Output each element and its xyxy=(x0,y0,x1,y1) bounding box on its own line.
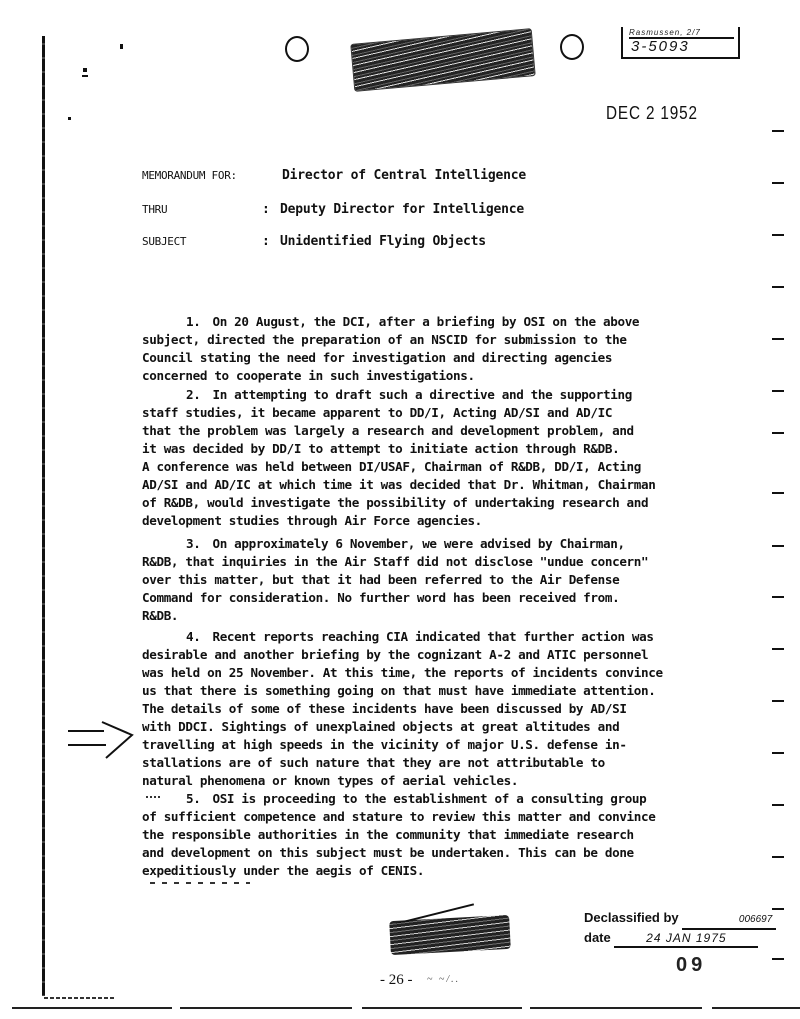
paragraph-line: travelling at high speeds in the vicinit… xyxy=(142,736,752,754)
paragraph-number: 2. xyxy=(186,387,200,402)
margin-tick xyxy=(772,596,784,598)
paragraph-line: expeditiously under the aegis of CENIS. xyxy=(142,862,752,880)
paragraph-number: 4. xyxy=(186,629,200,644)
subject-colon: : xyxy=(262,234,280,250)
redaction-block-top xyxy=(350,28,535,92)
thru-colon: : xyxy=(262,202,280,218)
paragraph-line: On approximately 6 November, we were adv… xyxy=(212,536,624,551)
margin-tick xyxy=(772,182,784,184)
memorandum-for-row: MEMORANDUM FOR:Director of Central Intel… xyxy=(142,168,526,184)
paragraph-line: and development on this subject must be … xyxy=(142,844,752,862)
paragraph-line: staff studies, it became apparent to DD/… xyxy=(142,404,752,422)
paragraph-line: R&DB, that inquiries in the Air Staff di… xyxy=(142,553,752,571)
declassified-date-label: date xyxy=(584,930,611,945)
document-page: Rasmussen, 2/7 3-5093 DEC 2 1952 MEMORAN… xyxy=(0,0,800,1019)
paragraph-line: On 20 August, the DCI, after a briefing … xyxy=(212,314,639,329)
declassification-stamp: Declassified by 006697 date 24 JAN 1975 xyxy=(584,910,776,948)
margin-tick xyxy=(772,432,784,434)
paragraph-line: desirable and another briefing by the co… xyxy=(142,646,752,664)
page-scrawl: ~ ~/.. xyxy=(427,974,460,985)
margin-tick xyxy=(772,752,784,754)
thru-label: THRU xyxy=(142,202,262,218)
declassified-by-label: Declassified by xyxy=(584,910,679,925)
binding-margin-line xyxy=(42,36,45,996)
paragraph-line: In attempting to draft such a directive … xyxy=(212,387,631,402)
thru-row: THRU:Deputy Director for Intelligence xyxy=(142,202,524,218)
paragraph-line: concerned to cooperate in such investiga… xyxy=(142,367,752,385)
declassified-date-value: 24 JAN 1975 xyxy=(614,930,758,948)
paragraph-line: was held on 25 November. At this time, t… xyxy=(142,664,752,682)
paragraph-line: that the problem was largely a research … xyxy=(142,422,752,440)
subject-value: Unidentified Flying Objects xyxy=(280,234,486,249)
margin-tick xyxy=(772,804,784,806)
margin-tick xyxy=(772,648,784,650)
paragraph-2: 2.In attempting to draft such a directiv… xyxy=(142,386,752,530)
paragraph-line: A conference was held between DI/USAF, C… xyxy=(142,458,752,476)
memorandum-for-value: Director of Central Intelligence xyxy=(282,168,526,183)
margin-tick xyxy=(772,338,784,340)
paragraph-line: AD/SI and AD/IC at which time it was dec… xyxy=(142,476,752,494)
paragraph-line: Command for consideration. No further wo… xyxy=(142,589,752,607)
date-stamp: DEC 2 1952 xyxy=(606,103,698,124)
paragraph-line: subject, directed the preparation of an … xyxy=(142,331,752,349)
paragraph-number: 3. xyxy=(186,536,200,551)
margin-tick xyxy=(772,234,784,236)
margin-foot-line xyxy=(44,997,114,999)
scan-speck xyxy=(82,75,88,77)
paragraph-line: Recent reports reaching CIA indicated th… xyxy=(212,629,653,644)
bottom-scan-edge xyxy=(12,1007,800,1009)
paragraph-number: 5. xyxy=(186,791,200,806)
paragraph-line: stallations are of such nature that they… xyxy=(142,754,752,772)
paragraph-line: development studies through Air Force ag… xyxy=(142,512,752,530)
margin-tick xyxy=(772,958,784,960)
paragraph-line: with DDCI. Sightings of unexplained obje… xyxy=(142,718,752,736)
document-number: 3-5093 xyxy=(631,39,690,55)
redaction-block-bottom xyxy=(389,915,511,955)
margin-tick xyxy=(772,856,784,858)
thru-value: Deputy Director for Intelligence xyxy=(280,202,524,217)
faint-dash-marks xyxy=(150,882,250,884)
paragraph-line: the responsible authorities in the commu… xyxy=(142,826,752,844)
punch-hole-right xyxy=(560,34,584,60)
margin-tick xyxy=(772,700,784,702)
paragraph-1: 1.On 20 August, the DCI, after a briefin… xyxy=(142,313,752,385)
paragraph-5: 5.OSI is proceeding to the establishment… xyxy=(142,790,752,880)
paragraph-line: R&DB. xyxy=(142,607,752,625)
subject-row: SUBJECT:Unidentified Flying Objects xyxy=(142,234,486,250)
security-mark: 09 xyxy=(676,954,706,977)
subject-label: SUBJECT xyxy=(142,234,262,250)
paragraph-line: The details of some of these incidents h… xyxy=(142,700,752,718)
scan-speck xyxy=(83,68,87,72)
scan-speck xyxy=(68,117,71,120)
paragraph-line: over this matter, but that it had been r… xyxy=(142,571,752,589)
paragraph-line: us that there is something going on that… xyxy=(142,682,752,700)
paragraph-number: 1. xyxy=(186,314,200,329)
paragraph-4: 4.Recent reports reaching CIA indicated … xyxy=(142,628,752,790)
paragraph-line: it was decided by DD/I to attempt to ini… xyxy=(142,440,752,458)
handdrawn-arrow-icon xyxy=(64,720,136,760)
punch-hole-left xyxy=(285,36,309,62)
margin-tick xyxy=(772,390,784,392)
declassified-by-value: 006697 xyxy=(682,912,776,930)
margin-tick xyxy=(772,492,784,494)
scan-speck xyxy=(120,44,123,49)
margin-tick xyxy=(772,286,784,288)
paragraph-3: 3.On approximately 6 November, we were a… xyxy=(142,535,752,625)
memorandum-for-label: MEMORANDUM FOR: xyxy=(142,168,282,184)
paragraph-line: of sufficient competence and stature to … xyxy=(142,808,752,826)
paragraph-line: OSI is proceeding to the establishment o… xyxy=(212,791,646,806)
margin-tick xyxy=(772,130,784,132)
document-number-stamp: Rasmussen, 2/7 3-5093 xyxy=(621,27,740,59)
margin-tick xyxy=(772,545,784,547)
paragraph-line: Council stating the need for investigati… xyxy=(142,349,752,367)
page-number: - 26 - xyxy=(380,972,413,989)
paragraph-line: of R&DB, would investigate the possibili… xyxy=(142,494,752,512)
paragraph-line: natural phenomena or known types of aeri… xyxy=(142,772,752,790)
